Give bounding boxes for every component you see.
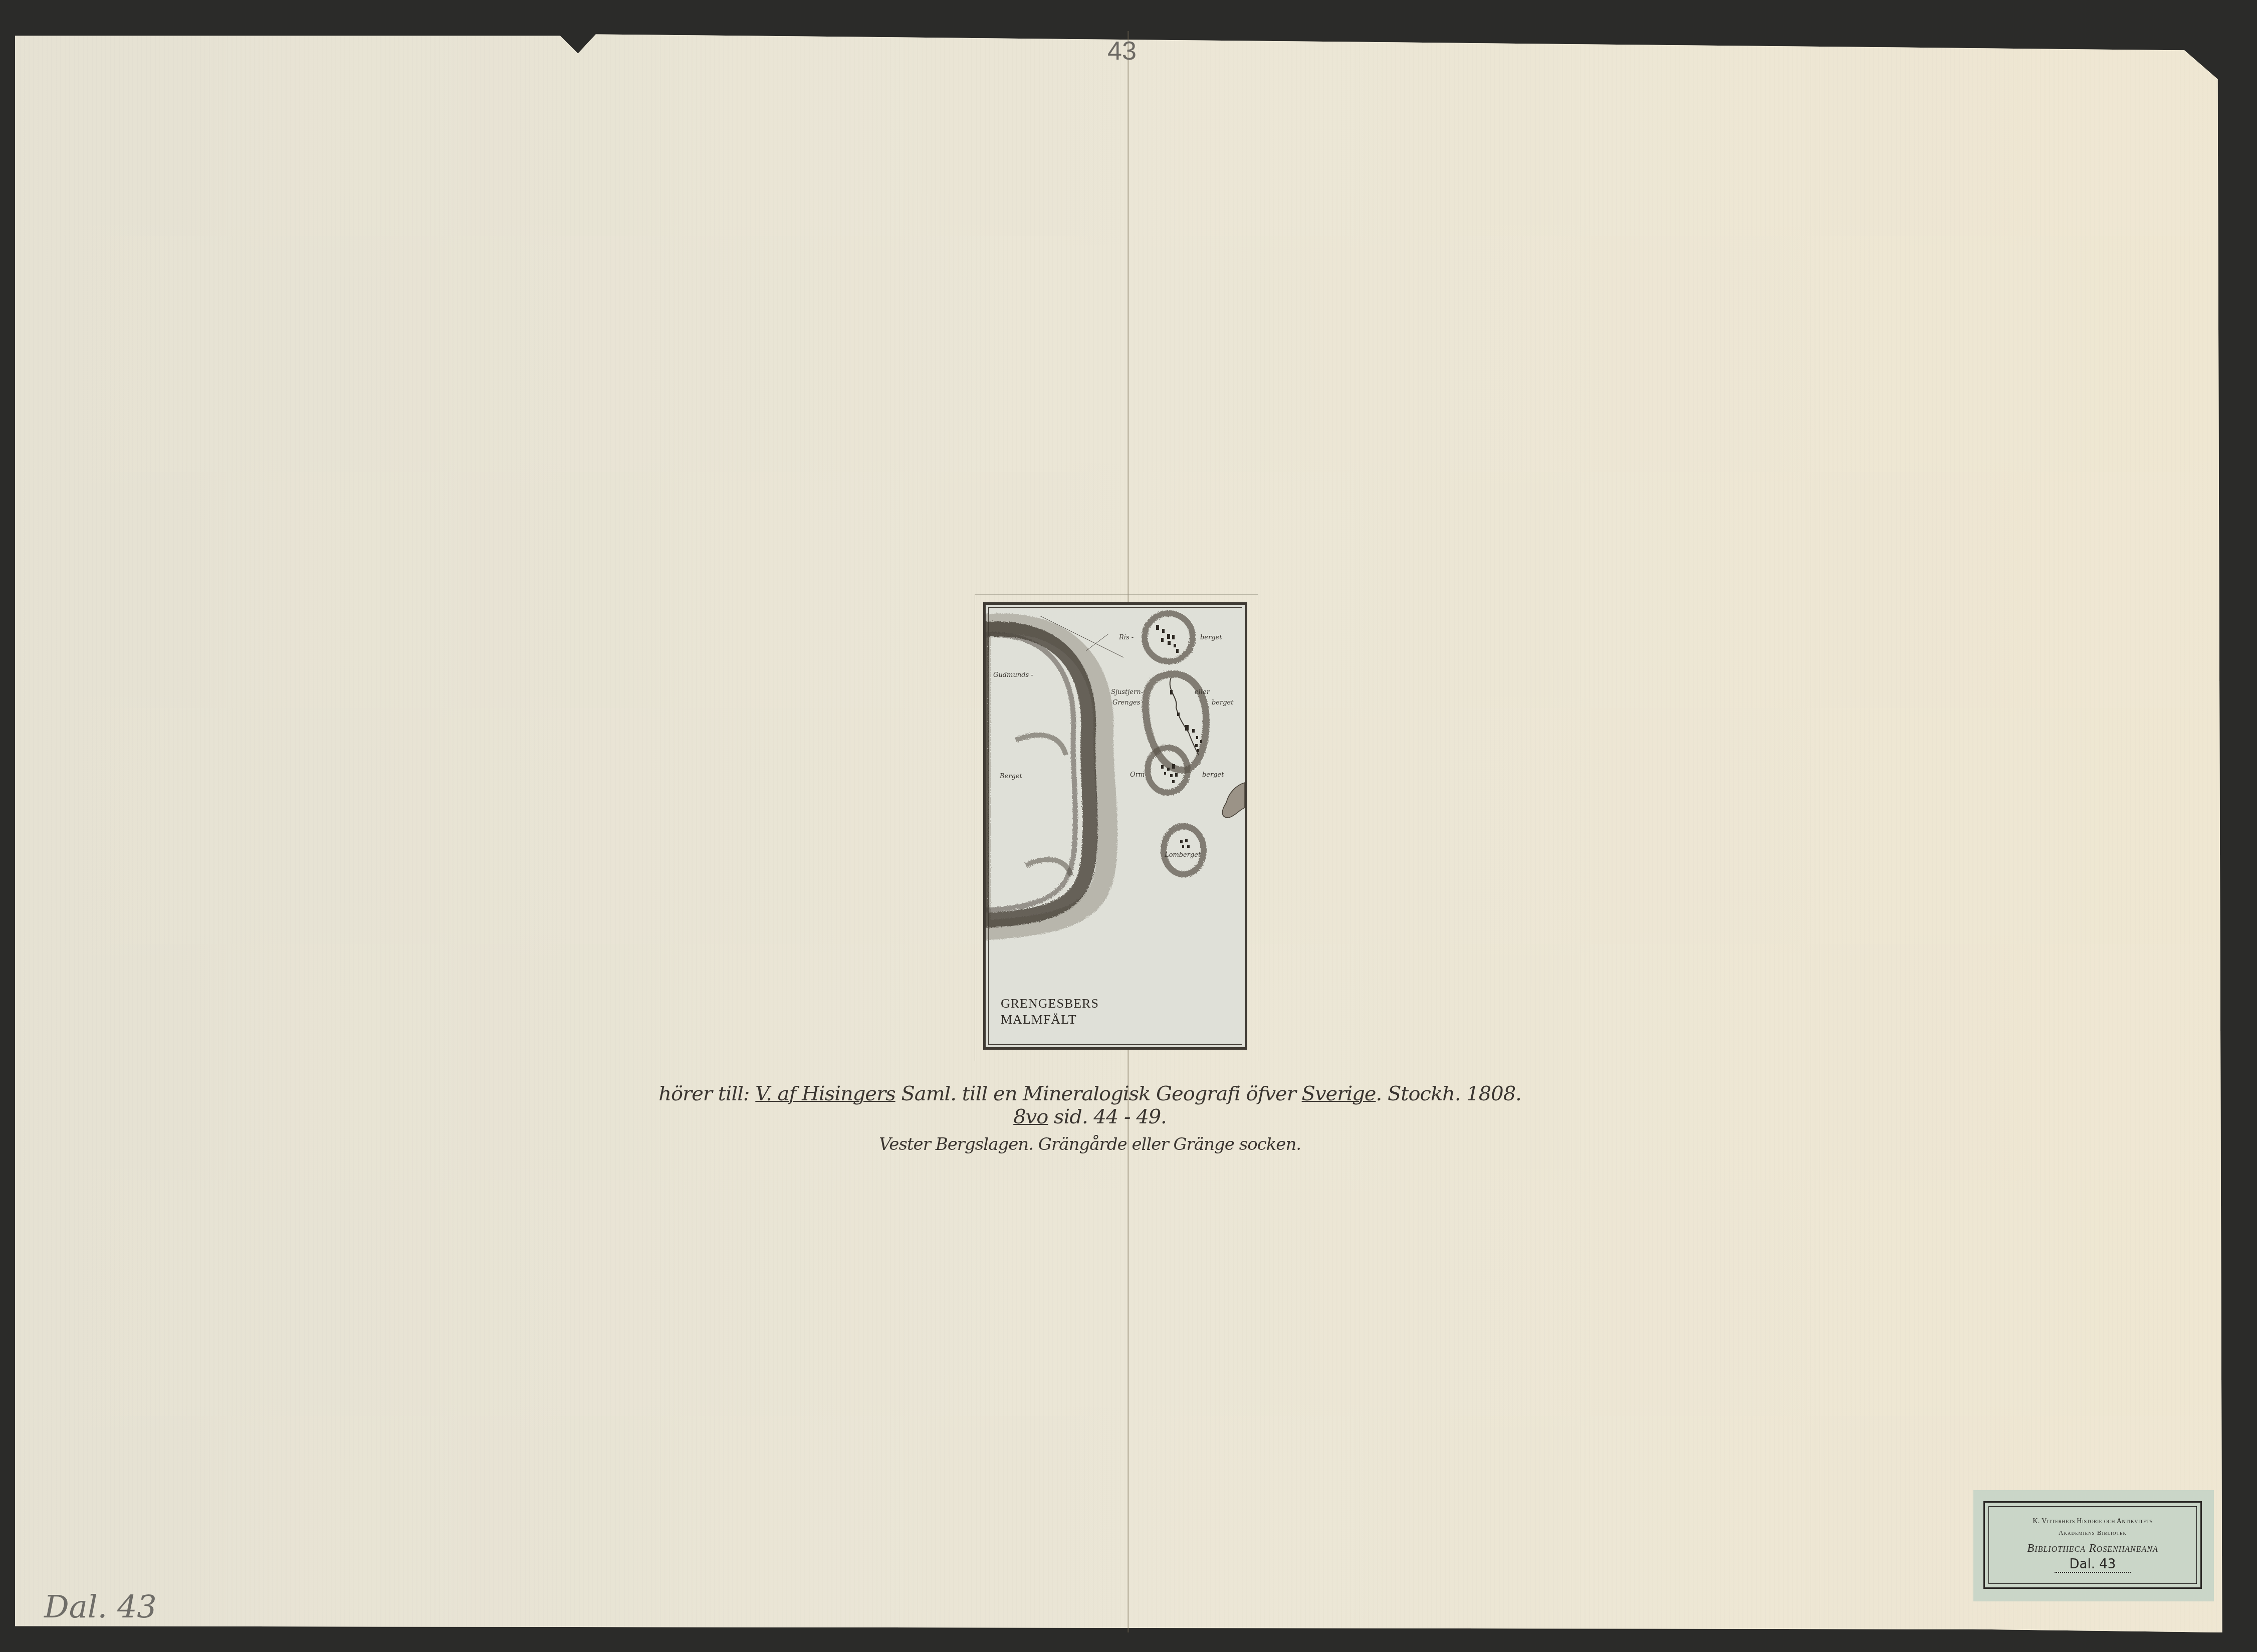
label-sjustjern: Sjustjern- — [1111, 688, 1143, 696]
label-academy-name: K. Vitterhets Historie och Antikvitets — [1989, 1518, 2196, 1526]
map-title-line1: Grengesbers — [1001, 996, 1099, 1012]
map-title: Grengesbers Malmfält — [1001, 996, 1099, 1028]
lomberget-ore-field — [1164, 826, 1204, 874]
label-ormberget: berget — [1202, 771, 1224, 779]
label-eller: eller — [1195, 688, 1210, 696]
caption-line-2: Vester Bergslagen. Grängårde eller Gräng… — [656, 1134, 1523, 1154]
label-frame: K. Vitterhets Historie och Antikvitets A… — [1983, 1501, 2202, 1589]
caption-author: V. af Hisingers — [755, 1082, 895, 1105]
label-orm: Orm — [1130, 771, 1145, 779]
caption-prefix: hörer till: — [658, 1082, 755, 1105]
label-ris: Ris - — [1119, 634, 1134, 641]
label-berget: Berget — [1000, 773, 1022, 780]
label-grenges: Grenges — [1112, 699, 1140, 706]
risberget-ore-field — [1145, 613, 1193, 661]
engraved-map: Gudmunds - Berget Ris - berget Sjustjern… — [983, 602, 1247, 1050]
caption-title: Saml. till en Mineralogisk Geografi öfve… — [895, 1082, 1302, 1105]
label-inner-frame: K. Vitterhets Historie och Antikvitets A… — [1988, 1506, 2197, 1584]
label-shelfmark: Dal. 43 — [2055, 1557, 2131, 1573]
caption-line-1: hörer till: V. af Hisingers Saml. till e… — [656, 1082, 1523, 1128]
library-bookplate-label: K. Vitterhets Historie och Antikvitets A… — [1973, 1490, 2214, 1601]
caption-country: Sverige — [1302, 1082, 1376, 1105]
top-pencil-number: 43 — [1107, 36, 1137, 66]
map-title-line2: Malmfält — [1001, 1012, 1099, 1028]
caption-place-year: . Stockh. 1808. — [1376, 1082, 1521, 1105]
label-collection-name: Bibliotheca Rosenhaneana — [1989, 1542, 2196, 1555]
handwritten-caption: hörer till: V. af Hisingers Saml. till e… — [656, 1082, 1523, 1154]
label-grengesberget: berget — [1212, 699, 1233, 706]
pond — [1222, 783, 1245, 818]
label-lomberget: Lomberget — [1165, 851, 1201, 859]
label-risberget: berget — [1200, 634, 1222, 641]
label-gudmunds: Gudmunds - — [993, 671, 1033, 679]
label-library-name: Akademiens Bibliotek — [1989, 1529, 2196, 1537]
pencil-shelfmark: Dal. 43 — [44, 1588, 157, 1625]
caption-pages: sid. 44 - 49. — [1048, 1105, 1167, 1128]
caption-format: 8vo — [1013, 1105, 1048, 1128]
